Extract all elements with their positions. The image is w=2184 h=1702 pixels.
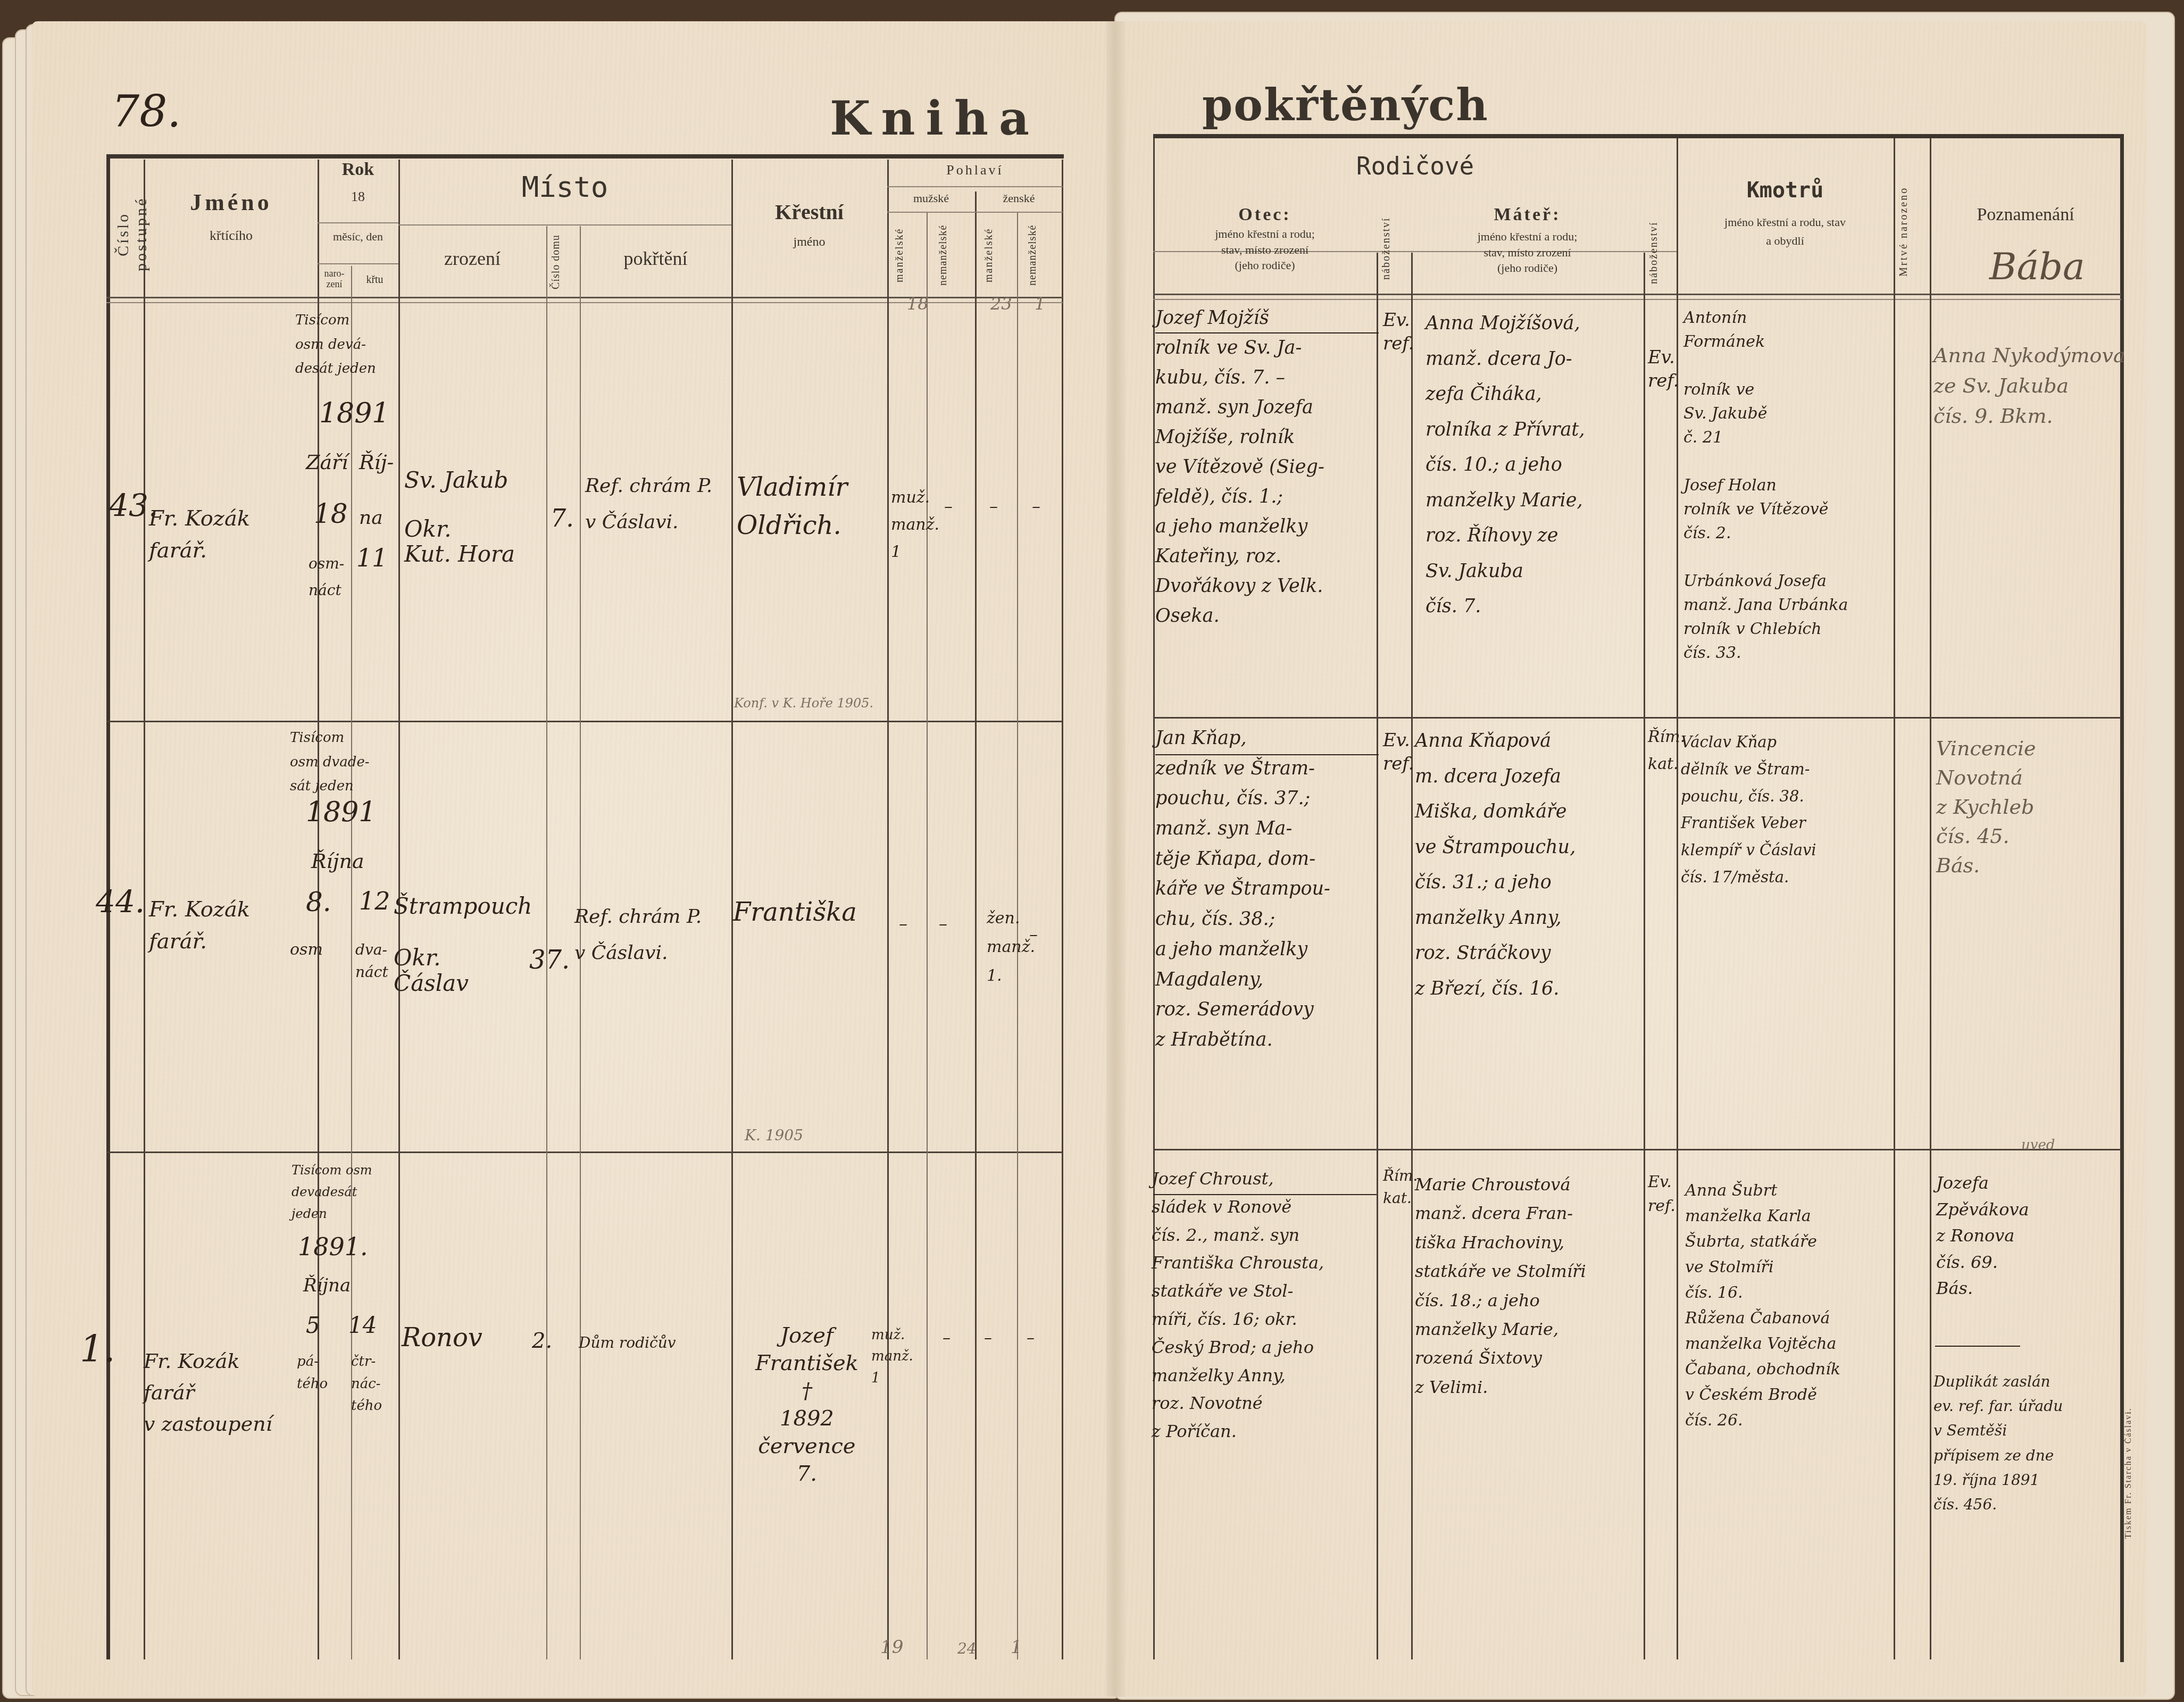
entry-1-place-birth: Ronov (402, 1324, 482, 1351)
header-krestni: Křestní (731, 199, 887, 224)
entry-43-notes: Anna Nykodýmova ze Sv. Jakuba čís. 9. Bk… (1933, 340, 2125, 431)
entry-43-mother-religion: Ev. ref. (1648, 346, 1679, 393)
entry-44-godparents: Václav Kňap dělník ve Štram- pouchu, čís… (1681, 729, 1816, 891)
header-zenske: ženské (975, 191, 1063, 205)
header-baba: Bába (1989, 247, 2085, 287)
left-row1-bottom (106, 721, 1063, 722)
header-kmotru: Kmotrů (1677, 178, 1894, 203)
col-line-muzske (975, 191, 977, 1659)
book-gutter (1106, 21, 1126, 1697)
left-table-top (106, 154, 1064, 158)
header-jmeno-sub: křtícího (145, 228, 318, 244)
header-otec-nabozenstvi: náboženství (1380, 205, 1408, 293)
entry-1-godparents: Anna Šubrt manželka Karla Šubrta, statká… (1685, 1178, 1840, 1433)
pohlavi-split (887, 186, 1063, 187)
entry-43-birth-day-words: osm- náct (309, 550, 344, 604)
header-otec: Otec: (1153, 205, 1377, 225)
entry-1-house-no: 2. (532, 1330, 552, 1352)
entry-43-birth-month: Září (306, 452, 348, 473)
entry-1-notes-extra: Duplikát zaslán ev. ref. far. úřadu v Se… (1933, 1370, 2063, 1517)
entry-43-date-words: Tisícom osm devá- desát jeden (295, 308, 376, 381)
header-zen-nemanzelske: nemanželské (1027, 215, 1053, 295)
entry-43-father: Jozef Mojžíš rolník ve Sv. Ja- kubu, čís… (1155, 303, 1324, 631)
col-line-rok-split (351, 266, 352, 1659)
left-row2-bottom (106, 1152, 1063, 1153)
tally-bottom-zen-manz: 24 (957, 1641, 977, 1656)
page-number: 78. (112, 89, 181, 135)
entry-43-priest: Fr. Kozák farář. (149, 503, 250, 566)
entry-43-sex-muz-neman: – (944, 497, 953, 515)
rok-split-line-2 (318, 263, 398, 264)
entry-44-name: Františka (733, 899, 857, 925)
entry-1-name: Jozef František † 1892 července 7. (755, 1322, 858, 1488)
entry-1-birth-day-words: pá- tého (297, 1351, 328, 1395)
header-rok: Rok (318, 160, 398, 180)
entry-1-priest: Fr. Kozák farář v zastoupení (144, 1346, 272, 1440)
entry-44-priest: Fr. Kozák farář. (149, 894, 250, 957)
entry-44-house-no: 37. (529, 947, 570, 973)
entry-44-date-words: Tisícom osm dvade- sát jeden (290, 726, 370, 799)
rok-split-line (318, 222, 398, 223)
header-kmotru-sub: jméno křestní a rodu, stav a obydlí (1677, 213, 1894, 250)
entry-43-sex-zen-neman: – (1032, 497, 1040, 515)
col-line-otec (1377, 253, 1378, 1659)
entry-1-bapt-day-words: čtr- nác- tého (351, 1351, 382, 1417)
entry-44-notes: Vincencie Novotná z Kychleb čís. 45. Bás… (1936, 734, 2036, 880)
entry-1-bapt-day: 14 (348, 1314, 377, 1337)
entry-44-father-underline (1155, 754, 1379, 755)
tally-bottom-zen-neman: 1 (1011, 1638, 1022, 1657)
header-muz-manzelske: manželské (894, 215, 920, 295)
tally-top-zen-neman: 1 (1035, 295, 1045, 313)
pohlavi-sub-split (887, 212, 1063, 213)
header-cislo-domu: Číslo domu (550, 229, 577, 295)
header-pokrteni: pokřtění (580, 247, 731, 270)
title-left: Kniha (830, 90, 1040, 146)
entry-43-father-religion: Ev. ref. (1383, 308, 1414, 355)
entry-43-sex-muz-manz: muž. manž. 1 (891, 484, 939, 565)
entry-44-birth-day: 8. (306, 888, 331, 916)
entry-1-notes: Jozefa Zpěvákova z Ronova čís. 69. Bás. (1936, 1170, 2029, 1302)
entry-1-father: Jozef Chroust, sládek v Ronově čís. 2., … (1152, 1165, 1324, 1446)
entry-1-notes-top-mark: uved (2021, 1138, 2055, 1153)
entry-44-mother: Anna Kňapová m. dcera Jozefa Miška, domk… (1415, 723, 1576, 1006)
entry-1-mother-religion: Ev. ref. (1648, 1170, 1675, 1218)
header-krestni-sub: jméno (731, 235, 887, 249)
entry-1-date-words: Tisícom osm devadesát jeden (291, 1159, 372, 1224)
entry-1-sex-muz-manz: muž. manž. 1 (871, 1324, 913, 1389)
entry-43-sex-zen-manz: – (989, 497, 998, 515)
tally-top-zen-manz: 23 (990, 295, 1012, 313)
printer-mark: Tiskem Fr. Starcha v Čáslavi. (2124, 1394, 2140, 1553)
title-right: pokřtěných (1202, 80, 1489, 131)
entry-44-bapt-day: 12 (359, 888, 390, 914)
col-line-muz-manz (927, 213, 928, 1659)
entry-1-birth-month: Října (303, 1276, 351, 1296)
entry-44-father-religion: Ev. ref. (1383, 729, 1414, 775)
entry-43-godparents: Antonín Formánek rolník ve Sv. Jakubě č.… (1683, 306, 1848, 665)
entry-1-mother: Marie Chroustová manž. dcera Fran- tiška… (1415, 1170, 1586, 1401)
entry-1-place-baptism: Dům rodičův (579, 1335, 676, 1350)
entry-44-sex-muz-manz: – (899, 915, 907, 933)
entry-44-birth-month: Října (311, 851, 364, 872)
entry-1-notes-divider (1935, 1346, 2020, 1347)
header-misto: Místo (398, 170, 731, 204)
entry-43-bapt-day-num: 11 (356, 545, 388, 571)
header-cislo-postupne: Číslo postupné (114, 176, 141, 293)
col-line-zrozeni (546, 226, 547, 1659)
header-poznamenani: Poznamenání (1930, 205, 2121, 225)
entry-44-sex-muz-neman: – (939, 915, 947, 933)
entry-43-year: 1891 (319, 399, 389, 428)
header-muzske: mužské (887, 191, 975, 205)
left-table-rightedge (1062, 160, 1063, 1659)
col-line-mater (1644, 253, 1645, 1659)
entry-44-place-baptism: Ref. chrám P. v Čáslavi. (574, 899, 702, 972)
header-narozeni: naro- zení (318, 269, 351, 290)
entry-1-sex-zen-neman: – (1027, 1330, 1035, 1347)
right-row1-bottom (1153, 717, 2121, 719)
entry-44-sex-zen-neman: – (1029, 925, 1038, 944)
entry-43-place-baptism: Ref. chrám P. v Čáslavi. (585, 468, 712, 541)
entry-43-birth-day: 18 (314, 500, 348, 528)
entry-1-number: 1. (80, 1330, 115, 1369)
header-mater-sub: jméno křestní a rodu; stav, místo zrozen… (1411, 229, 1644, 276)
col-line-mrtve (1930, 138, 1931, 1659)
header-zrozeni: zrození (398, 247, 546, 270)
entry-44-mother-religion: Řím. kat. (1648, 723, 1685, 778)
entry-43-margin-note: Konf. v K. Hoře 1905. (734, 697, 873, 710)
header-mater: Máteř: (1411, 205, 1644, 225)
entry-44-number: 44. (96, 886, 145, 918)
entry-44-birth-day-words: osm (290, 941, 323, 958)
col-line-krestni (887, 160, 889, 1659)
header-mesic-den: měsíc, den (318, 230, 398, 244)
entry-43-bapt-day-words: na (359, 508, 383, 528)
header-otec-sub: jméno křestní a rodu; stav, místo zrozen… (1153, 226, 1377, 273)
header-pohlavi: Pohlaví (887, 162, 1063, 178)
right-header-bottom (1153, 294, 2121, 300)
misto-split-line (398, 224, 731, 226)
entry-43-father-underline (1155, 332, 1379, 333)
entry-1-sex-muz-neman: – (943, 1330, 951, 1347)
entry-44-sex-zen-manz: žen. manž. 1. (987, 904, 1035, 990)
header-zen-manzelske: manželské (983, 215, 1010, 295)
entry-1-birth-day: 5 (306, 1314, 320, 1337)
entry-43-place-birth: Sv. Jakub Okr. Kut. Hora (404, 468, 515, 566)
header-rodicove: Rodičové (1153, 152, 1677, 180)
header-rok-year: 18 (318, 189, 398, 205)
entry-44-bapt-day-words: dva- náct (355, 939, 388, 983)
entry-44-year: 1891 (306, 798, 376, 827)
entry-1-year: 1891. (298, 1234, 368, 1259)
entry-1-sex-zen-manz: – (984, 1330, 992, 1347)
entry-43-bapt-month: Říj- (359, 452, 394, 473)
tally-bottom-muz-manz: 19 (880, 1638, 903, 1657)
entry-43-house-no: 7. (551, 505, 574, 531)
entry-1-father-underline (1153, 1194, 1377, 1195)
header-jmeno: Jméno (145, 189, 318, 216)
entry-44-father: Jan Kňap, zedník ve Štram- pouchu, čís. … (1155, 723, 1330, 1055)
entry-43-name: Vladimír Oldřich. (737, 468, 848, 545)
header-krtu: křtu (351, 274, 398, 286)
tally-top-muz-manz: 18 (907, 295, 929, 313)
col-line-kmotru (1894, 138, 1895, 1659)
right-table-top (1153, 134, 2124, 138)
header-mater-nabozenstvi: náboženství (1648, 210, 1674, 295)
entry-1-father-religion: Řím. kat. (1383, 1165, 1418, 1209)
entry-44-place-birth: Štrampouch Okr. Čáslav (394, 894, 532, 996)
entry-43-mother: Anna Mojžíšová, manž. dcera Jo- zefa Čih… (1426, 306, 1585, 624)
header-mrtve-narozeno: Mrtvé narozeno (1898, 170, 1927, 293)
right-row2-bottom (1153, 1149, 2121, 1150)
col-line-otec-nab (1411, 253, 1413, 1659)
header-muz-nemanzelske: nemanželské (937, 215, 964, 295)
entry-44-margin-note: K. 1905 (745, 1128, 803, 1143)
